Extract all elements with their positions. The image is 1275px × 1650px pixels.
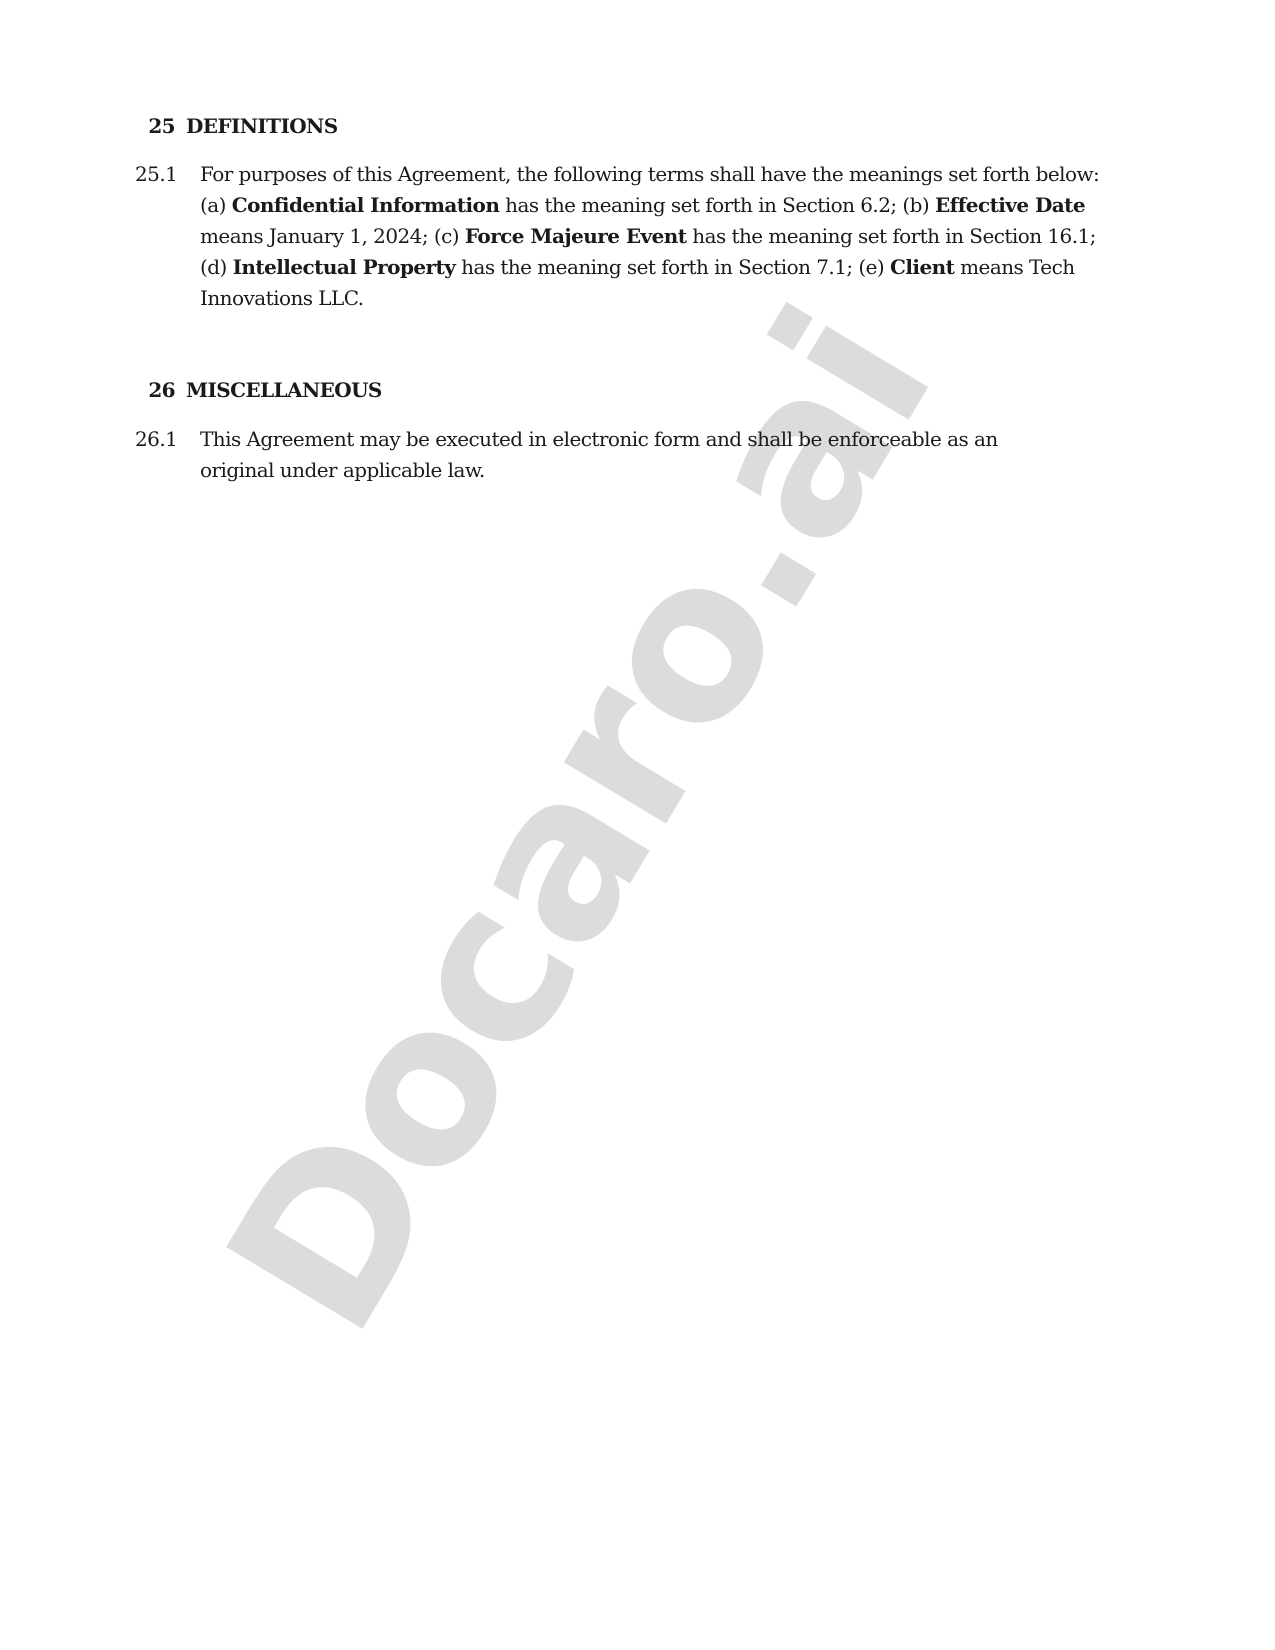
clause-intro: For purposes of this Agreement, the foll… [200,162,1099,186]
defined-term: Effective Date [935,193,1085,217]
clause-text: This Agreement may be executed in electr… [200,424,1060,486]
section-title: MISCELLANEOUS [186,378,382,402]
defined-term: Client [890,255,954,279]
clause-number: 26.1 [135,424,177,455]
definition-d: (d) Intellectual Property has the meanin… [200,255,853,279]
defined-term: Intellectual Property [233,255,456,279]
defined-term: Force Majeure Event [465,224,687,248]
section-number: 25 [135,114,175,138]
section-number: 26 [135,378,175,402]
section-title: DEFINITIONS [186,114,338,138]
clause-number: 25.1 [135,159,177,190]
definition-a: (a) Confidential Information has the mea… [200,193,897,217]
definition-c: (c) Force Majeure Event has the meaning … [434,224,1096,248]
defined-term: Confidential Information [232,193,500,217]
clause-text: For purposes of this Agreement, the foll… [200,159,1100,314]
